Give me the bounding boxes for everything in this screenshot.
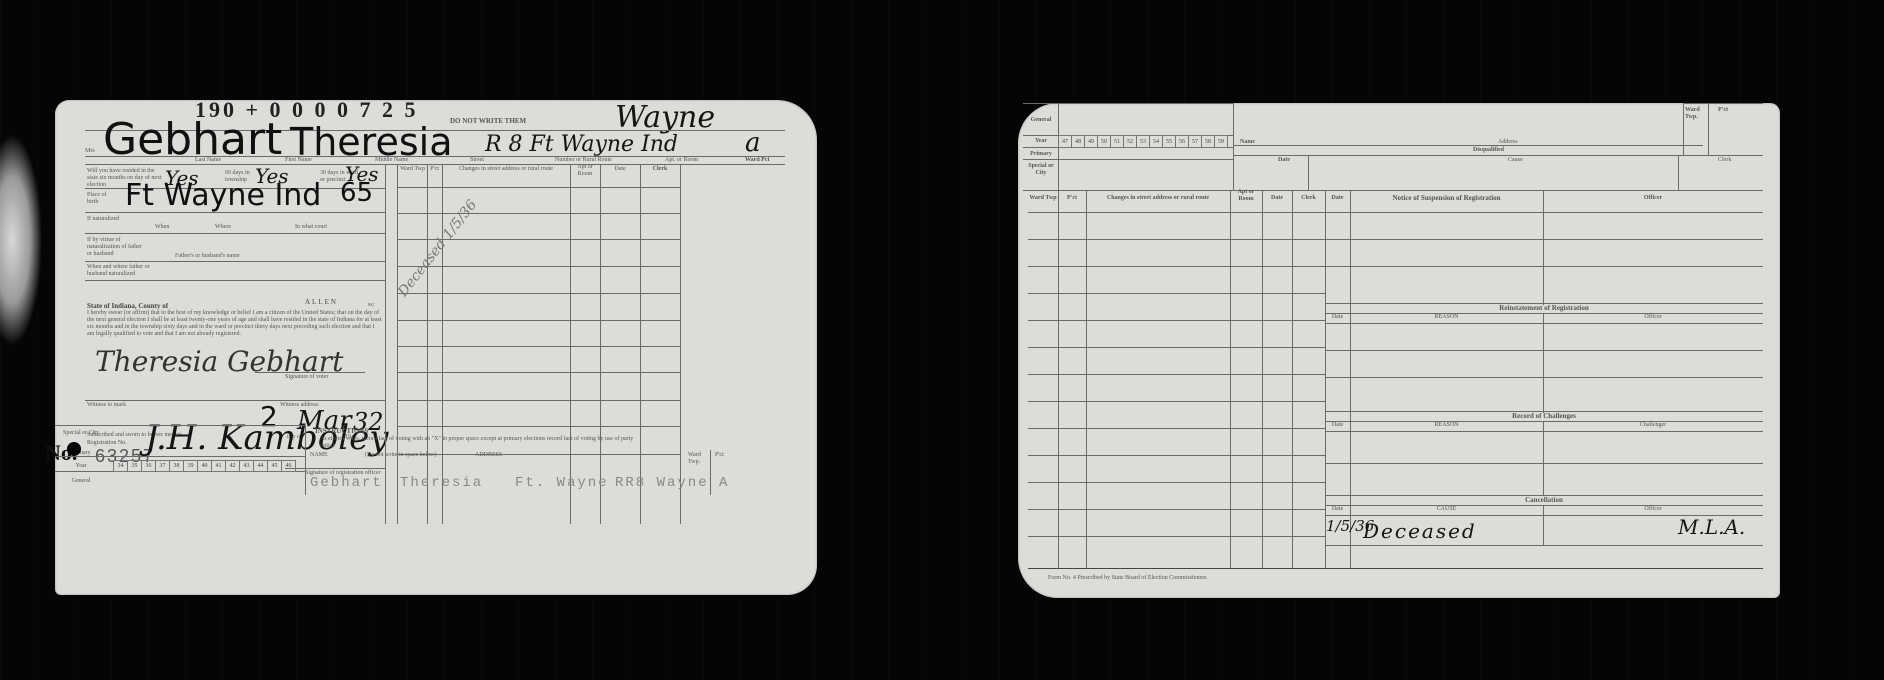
back-label-ward-twp: Ward Twp. (1685, 107, 1707, 121)
label-where: Where (215, 224, 231, 231)
back-vote-label-year: Year (1026, 138, 1056, 145)
back-col-apt-room: Apt or Room (1230, 189, 1262, 203)
label-middle-name: Middle Name (375, 157, 408, 164)
suspension-col-officer: Officer (1543, 195, 1763, 202)
back-vote-label-general: General (1026, 117, 1056, 124)
label-last-name: Last Name (195, 157, 221, 164)
back-col-changes: Changes in street address or rural route (1086, 195, 1230, 202)
registration-card-back: General Year Primary Special or City 47 … (1018, 103, 1780, 598)
back-vote-label-special: Special or City (1026, 163, 1056, 177)
label-do-not-write: (Do not write in space below) (365, 452, 436, 459)
suspension-col-date: Date (1325, 195, 1350, 202)
birth-place-value: Ft Wayne Ind (125, 178, 321, 213)
reinstatement-col-date: Date (1325, 314, 1350, 321)
label-name: NAME (310, 452, 328, 459)
back-col-pct: P'ct (1058, 195, 1086, 202)
label-state-county: State of Indiana, County of (87, 302, 168, 310)
label-court: In what court (295, 224, 327, 231)
label-street: Street (470, 157, 484, 164)
col-pct: P'ct (427, 166, 442, 173)
back-label-clerk: Clerk (1718, 157, 1731, 164)
punch-hole (67, 442, 81, 456)
reinstatement-col-officer: Officer (1543, 314, 1763, 321)
challenges-col-reason: REASON (1350, 422, 1543, 429)
label-place-of-birth: Place of birth (87, 192, 117, 206)
typed-address: RR8 Wayne A (615, 475, 729, 491)
typed-first-name: Theresia (400, 475, 483, 491)
label-address: ADDRESS (475, 452, 502, 459)
first-name-handwritten: Theresia (290, 120, 452, 164)
cancellation-officer: M.L.A. (1678, 515, 1745, 539)
back-label-disqualified: Disqualified (1473, 147, 1504, 154)
label-when: When (155, 224, 169, 231)
back-label-date: Date (1278, 157, 1290, 164)
address-handwritten: R 8 Ft Wayne Ind (485, 132, 678, 157)
challenges-col-date: Date (1325, 422, 1350, 429)
label-father-name: Father's or husband's name (175, 253, 240, 260)
instructions-title: INSTRUCTIONS (315, 428, 368, 435)
challenges-title: Record of Challenges (1325, 413, 1763, 420)
label-sig-voter: Signature of voter (285, 374, 328, 381)
title-prefix: Mrs (85, 148, 95, 155)
last-name-handwritten: Gebhart (103, 114, 282, 165)
oath-text: I hereby swear (or affirm) that to the b… (87, 310, 382, 338)
col-apt-room: Apt or Room (570, 164, 600, 178)
typed-city: Ft. Wayne (515, 475, 609, 491)
typed-last-name: Gebhart (310, 475, 383, 491)
label-ss: ss: (368, 302, 374, 309)
county-value: ALLEN (305, 298, 338, 306)
cancellation-title: Cancellation (1325, 497, 1763, 504)
suspension-col-notice: Notice of Suspension of Registration (1350, 195, 1543, 202)
challenges-col-challenger: Challenger (1543, 422, 1763, 429)
reinstatement-title: Reinstatement of Registration (1325, 305, 1763, 312)
voting-year-grid-back: 47 48 49 50 51 52 53 54 55 56 57 58 59 (1058, 135, 1228, 148)
cancellation-col-cause: CAUSE (1350, 506, 1543, 513)
reinstatement-col-reason: REASON (1350, 314, 1543, 321)
instructions-text: As elector votes, record fact of voting … (320, 436, 650, 450)
back-label-pct: P'ct (1718, 107, 1728, 114)
card-stamp-number: 190 + 0 0 0 0 7 2 5 (195, 106, 419, 114)
ward-handwritten: a (745, 128, 761, 158)
label-witness: Witness to mark (87, 402, 126, 409)
vote-label-year: Year (61, 463, 101, 470)
col-date: Date (600, 166, 640, 173)
back-label-cause: Cause (1508, 157, 1523, 164)
label-apt-room: Apt. or Room (665, 157, 698, 164)
form-footer: Form No. 4 Prescribed by State Board of … (1048, 575, 1207, 582)
back-col-ward-twp: Ward Twp (1028, 195, 1058, 202)
vote-label-special: Special or City (61, 430, 101, 437)
age-value: 65 (340, 178, 373, 208)
label-ward-pct: Ward Pct (745, 157, 770, 164)
col-clerk: Clerk (640, 166, 680, 173)
voting-year-grid-front: 34 35 36 37 38 39 40 41 42 43 44 45 46 (113, 460, 296, 472)
label-first-name: First Name (285, 157, 312, 164)
label-naturalized: If naturalized (87, 216, 127, 223)
label-when-where-father: When and where father or husband natural… (87, 264, 167, 278)
back-col-date: Date (1262, 195, 1292, 202)
col-changes: Changes in street address or rural route (442, 166, 570, 173)
cancellation-col-date: Date (1325, 506, 1350, 513)
label-pct-bottom: P'ct (715, 452, 724, 459)
back-vote-label-primary: Primary (1026, 151, 1056, 158)
cancellation-col-officer: Officer (1543, 506, 1763, 513)
registration-card-front: 190 + 0 0 0 0 7 2 5 DO NOT WRITE THEM Wa… (55, 100, 817, 595)
vote-label-general: General (61, 478, 101, 485)
cancellation-cause: Deceased (1363, 519, 1477, 543)
label-ward-twp-bottom: Ward Twp. (688, 452, 708, 466)
col-ward-twp: Ward Twp (398, 166, 427, 173)
back-col-clerk: Clerk (1292, 195, 1325, 202)
label-virtue: If by virtue of naturalization of father… (87, 237, 147, 258)
label-number-route: Number or Rural Route (555, 157, 612, 164)
do-not-write-note: DO NOT WRITE THEM (450, 118, 526, 125)
